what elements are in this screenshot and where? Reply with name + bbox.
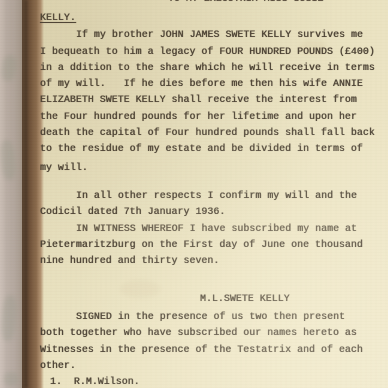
showthrough-smudge — [4, 372, 18, 386]
witness-line: 1. R.M.Wilson. — [50, 376, 140, 387]
document-line: in a ddition to the share which he will … — [40, 62, 375, 73]
document-line-clipped: TO MY EXECUTRIX MISS SUSIE — [168, 0, 323, 4]
document-line: In all other respects I confirm my will … — [76, 190, 357, 201]
document-line: Codicil dated 7th January 1936. — [40, 206, 225, 217]
document-line: both together who have subscribed our na… — [40, 327, 357, 338]
document-line: death the capital of Four hundred pounds… — [40, 127, 375, 138]
document-line: of my will. If he dies before me then hi… — [40, 78, 363, 89]
document-line: nine hundred and thirty seven. — [40, 255, 219, 266]
document-line: other. — [40, 360, 76, 371]
document-line: to the residue of my estate and be divid… — [40, 143, 363, 154]
signature-name-line: M.L.SWETE KELLY — [200, 293, 290, 304]
document-line: ELIZABETH SWETE KELLY shall receive the … — [40, 94, 357, 105]
binding-gutter-line — [24, 0, 28, 388]
document-line: Pietermaritzburg on the First day of Jun… — [40, 239, 363, 250]
document-line: the Four hundred pounds for her lifetime… — [40, 111, 357, 122]
document-line: SIGNED in the presence of us two then pr… — [76, 311, 345, 322]
document-line: IN WITNESS WHEREOF I have subscribed my … — [76, 223, 357, 234]
document-line: my will. — [40, 162, 88, 173]
document-line: KELLY. — [40, 12, 76, 23]
document-line: Witnesses in the presence of the Testatr… — [40, 344, 363, 355]
paper-stain — [120, 280, 160, 298]
document-line: If my brother JOHN JAMES SWETE KELLY sur… — [76, 29, 363, 40]
scanned-document-page: TO MY EXECUTRIX MISS SUSIE KELLY. If my … — [0, 0, 388, 388]
document-line: I bequeath to him a legacy of FOUR HUNDR… — [40, 46, 375, 57]
